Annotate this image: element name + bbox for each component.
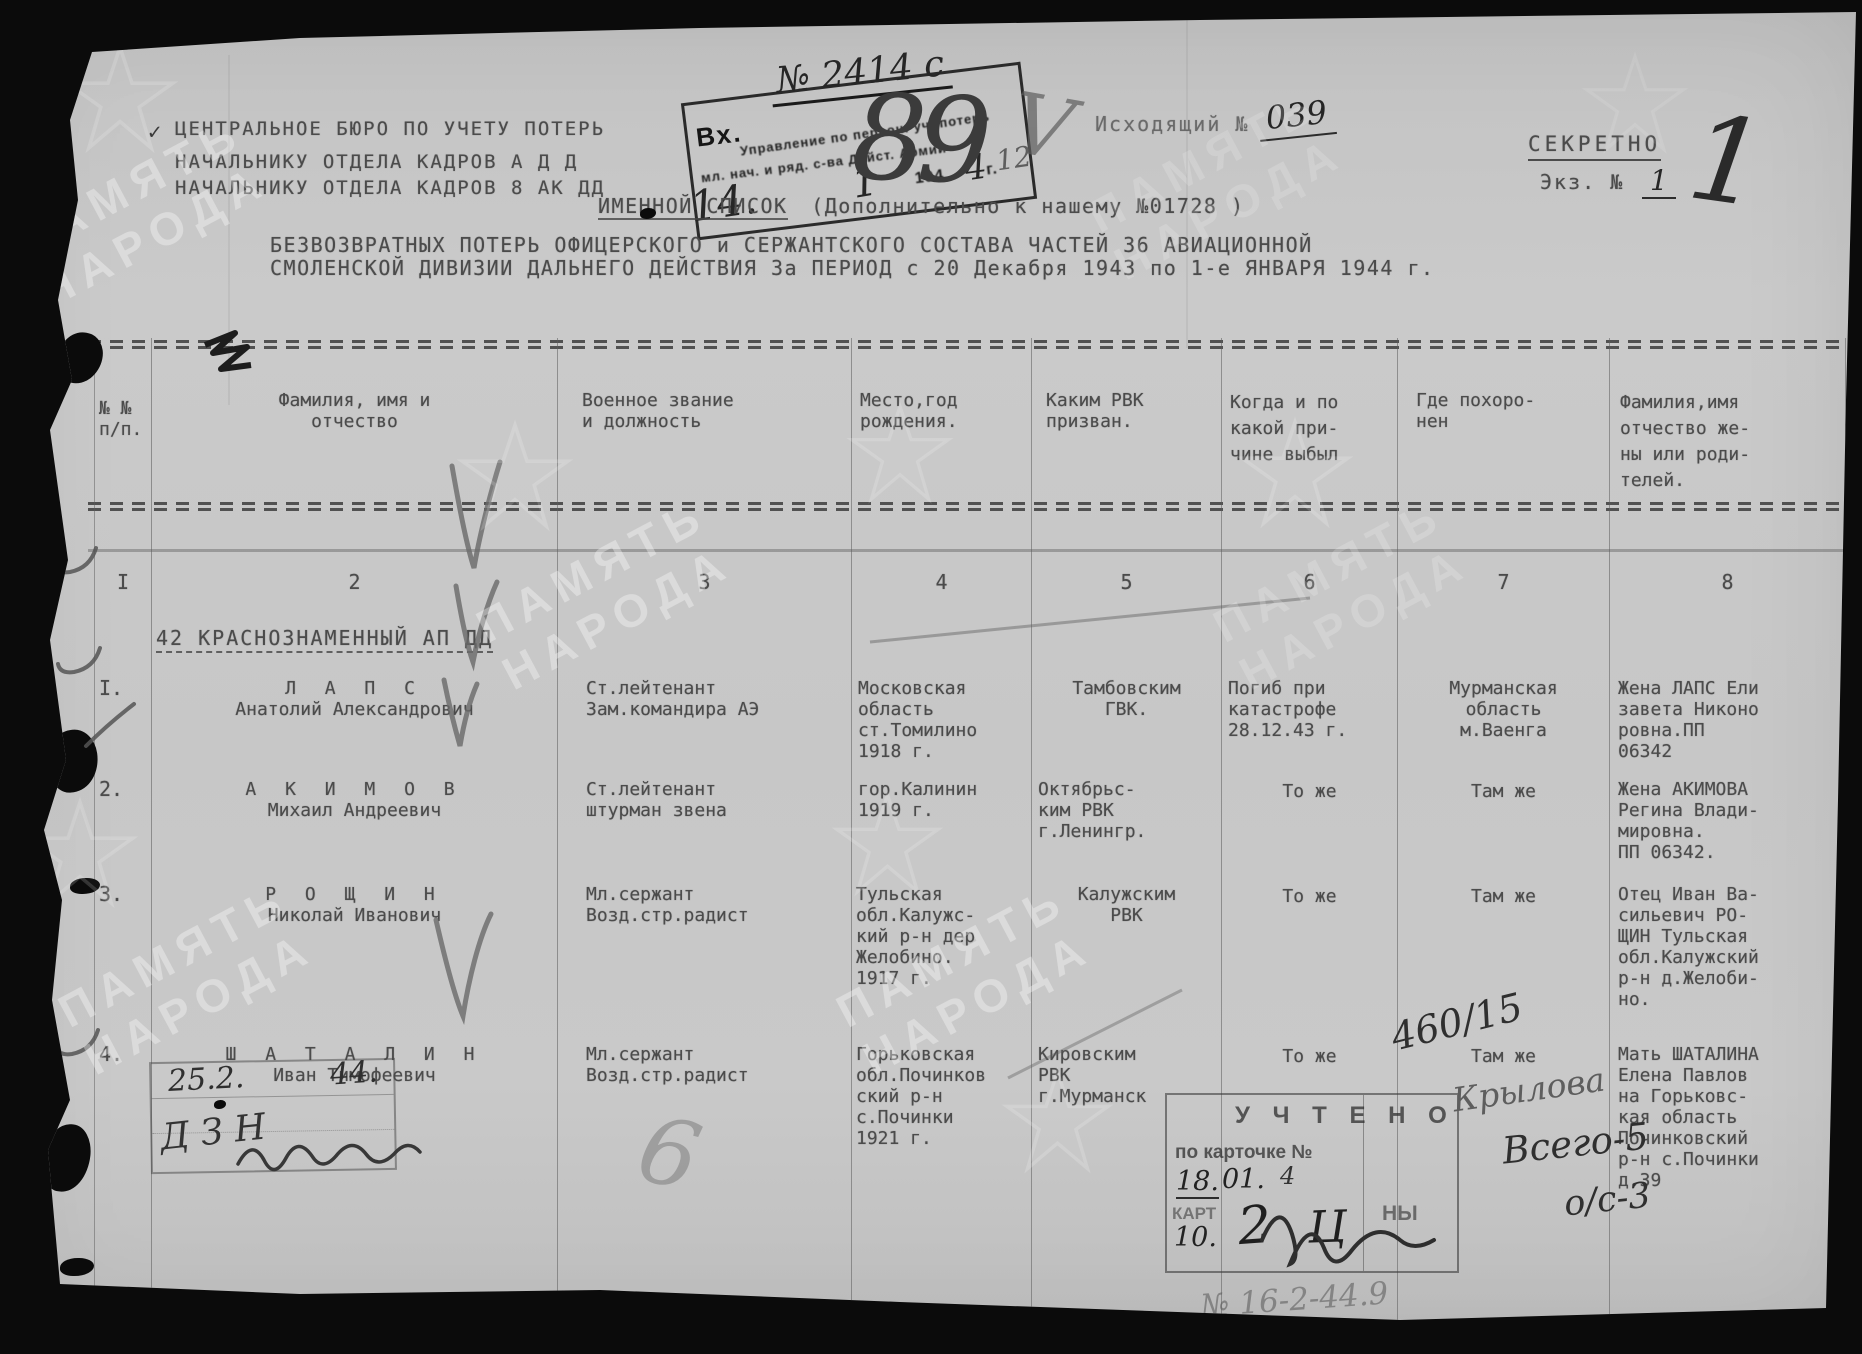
row-rank: Мл.сержант Возд.стр.радист [558,882,852,1042]
paper-crease [1186,18,1188,348]
section-header: 42 КРАСНОЗНАМЕННЫЙ АП ДД [156,628,493,653]
uchteno-day-handwritten: 18. [1176,1166,1219,1199]
row-birth: Московская область ст.Томилино 1918 г. [852,676,1032,777]
scanned-document-page: { "meta": { "watermark_line1": "ПАМЯТЬ",… [0,0,1862,1354]
uchteno-kart-fragment: КАРТ [1172,1204,1216,1224]
uchteno-title: У Ч Т Е Н О [1235,1102,1455,1130]
col-num-1: I [94,564,152,620]
page-number-handwritten: 1 [1681,87,1775,234]
row-birth: гор.Калинин 1919 г. [852,777,1032,882]
watermark-star-icon [60,40,180,160]
bl-stamp-year-handwritten: 44. [329,1054,379,1092]
title-line-2: БЕЗВОЗВРАТНЫХ ПОТЕРЬ ОФИЦЕРСКОГО и СЕРЖА… [270,233,1313,257]
outgoing-label: Исходящий № [1095,112,1249,136]
table-row-name-cell: Р О Щ И Н Николай Иванович [152,882,558,1042]
uchteno-month-handwritten: 01. [1222,1164,1265,1195]
row-num: 2. [94,777,152,882]
section-cell-empty [852,620,1032,676]
uchteno-ten-handwritten: 10. [1174,1222,1217,1253]
col-num-4: 4 [852,564,1032,620]
row-given-name: Анатолий Александрович [156,699,553,720]
section-cell-empty [1398,620,1610,676]
title-rest: (Дополнительно к нашему №01728 ) [811,194,1244,218]
row-given-name: Михаил Андреевич [156,800,553,821]
bureau-line: ЦЕНТРАЛЬНОЕ БЮРО ПО УЧЕТУ ПОТЕРЬ [175,116,605,143]
paper-sheet: ✓ ЦЕНТРАЛЬНОЕ БЮРО ПО УЧЕТУ ПОТЕРЬ НАЧАЛ… [0,0,1862,1354]
uchteno-two-handwritten: 2 [1236,1195,1273,1257]
col-num-3: 3 [558,564,852,620]
row-burial: Там же [1398,777,1610,882]
bl-stamp-date-handwritten: 25.2. [167,1060,245,1099]
pencil-check-mark: ✓ [148,120,161,145]
filler-cell [152,1218,558,1342]
table-row-name-cell: Л А П С Анатолий Александрович [152,676,558,777]
row-family: Жена ЛАПС Ели завета Никоно ровна.ПП 063… [1610,676,1846,777]
col-header-2: Фамилия, имя и отчество [152,338,558,564]
row-rank: Ст.лейтенант Зам.командира АЭ [558,676,852,777]
pencil-date-12: 12 [994,140,1034,178]
row-family: Жена АКИМОВА Регина Влади- мировна. ПП 0… [1610,777,1846,882]
pencil-number-89: 89 [850,68,985,210]
row-family: Отец Иван Ва- сильевич РО- ЩИН Тульская … [1610,882,1846,1042]
copy-number-label: Экз. № [1540,170,1624,194]
filler-cell [852,1218,1032,1342]
col-header-3: Военное звание и должность [558,338,852,564]
col-num-7: 7 [1398,564,1610,620]
row-rvk: Калужским РВК [1032,882,1222,1042]
row-surname: А К И М О В [156,779,553,800]
row-num: 3. [94,882,152,1042]
title-line-1: ИМЕННОЙ СПИСОК (Дополнительно к нашему №… [598,194,1245,218]
col-header-1: № № п/п. [94,338,152,564]
section-cell-empty [1610,620,1846,676]
title-main: ИМЕННОЙ СПИСОК [598,194,788,220]
col-header-7: Где похоро- нен [1398,338,1610,564]
section-header-cell: 42 КРАСНОЗНАМЕННЫЙ АП ДД [152,620,558,676]
uchteno-tse-handwritten: Ц [1307,1201,1347,1253]
col-header-8: Фамилия,имя отчество же- ны или роди- те… [1610,338,1846,564]
section-cell-empty [558,620,852,676]
row-surname: Л А П С [156,678,553,699]
page-stage: ✓ ЦЕНТРАЛЬНОЕ БЮРО ПО УЧЕТУ ПОТЕРЬ НАЧАЛ… [0,0,1862,1354]
uchteno-line2: по карточке № [1175,1142,1313,1164]
row-burial: Мурманская область м.Ваенга [1398,676,1610,777]
col-num-5: 5 [1032,564,1222,620]
paper-hole [41,1122,94,1194]
row-cause: Погиб при катастрофе 28.12.43 г. [1222,676,1398,777]
row-birth: Тульская обл.Калужс- кий р-н дер Желобин… [852,882,1032,1042]
filler-cell [94,1218,152,1342]
uchteno-small-handwritten: 4 [1280,1162,1295,1190]
paper-hole [60,1258,94,1276]
incoming-stamp-vh-label: Вх. [694,117,744,153]
section-cell-empty [1222,620,1398,676]
col-header-6: Когда и по какой при- чине выбыл [1222,338,1398,564]
filler-cell [1610,1218,1846,1342]
row-given-name: Николай Иванович [156,905,553,926]
col-num-6: 6 [1222,564,1398,620]
col-num-8: 8 [1610,564,1846,620]
row-rank: Ст.лейтенант штурман звена [558,777,852,882]
col-header-4: Место,год рождения. [852,338,1032,564]
col-header-5: Каким РВК призван. [1032,338,1222,564]
margin-hook-mark [56,1030,98,1054]
filler-cell [558,1218,852,1342]
row-num: I. [94,676,152,777]
row-birth: Горьковская обл.Починков ский р-н с.Почи… [852,1042,1032,1218]
row-rvk: Тамбовским ГВК. [1032,676,1222,777]
addressee-line-2: НАЧАЛЬНИКУ ОТДЕЛА КАДРОВ 8 АК ДД [175,175,605,202]
secrecy-label: СЕКРЕТНО [1528,132,1661,161]
row-cause: То же [1222,882,1398,1042]
title-line-3: СМОЛЕНСКОЙ ДИВИЗИИ ДАЛЬНЕГО ДЕЙСТВИЯ За … [270,256,1435,280]
addressee-line-1: НАЧАЛЬНИКУ ОТДЕЛА КАДРОВ А Д Д [175,149,578,176]
row-cause: То же [1222,777,1398,882]
col-num-2: 2 [152,564,558,620]
outgoing-number-handwritten: 039 [1256,92,1337,142]
table-row-name-cell: А К И М О В Михаил Андреевич [152,777,558,882]
row-num: 4. [94,1042,152,1218]
row-rvk: Октябрьс- ким РВК г.Ленингр. [1032,777,1222,882]
copy-number-value: 1 [1642,164,1676,199]
uchteno-ny-fragment: НЫ [1382,1202,1418,1226]
row-surname: Р О Щ И Н [156,884,553,905]
section-cell-empty [1032,620,1222,676]
section-cell-empty [94,620,152,676]
